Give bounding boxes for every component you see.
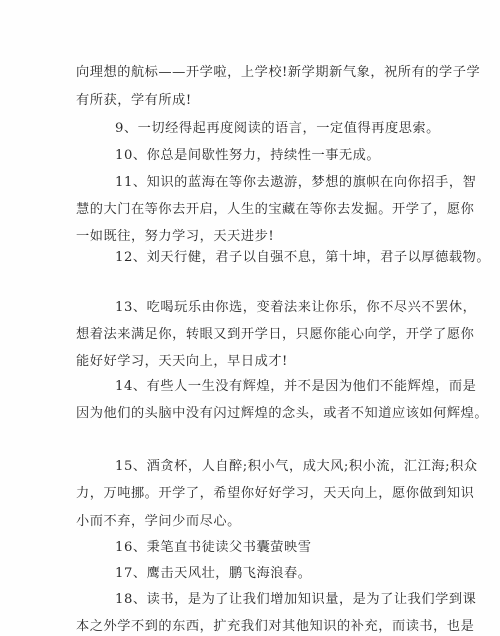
list-item-12: 12、刘天行健，君子以自强不息，第十坤，君子以厚德载物。 <box>115 249 426 267</box>
document-page: 向理想的航标——开学啦，上学校!新学期新气象，祝所有的学子学 有所获，学有所成!… <box>0 0 500 636</box>
list-item-10: 10、你总是间歇性努力，持续性一事无成。 <box>115 147 426 165</box>
list-item-11: 11、知识的蓝海在等你去遨游，梦想的旗帜在向你招手，智 <box>115 174 426 192</box>
list-item-9: 9、一切经得起再度阅读的语言，一定值得再度思索。 <box>115 120 426 138</box>
text-line: 慧的大门在等你去开启，人生的宝藏在等你去发掘。开学了，愿你 <box>76 201 426 219</box>
text-line: 本之外学不到的东西，扩充我们对其他知识的补充，而读书，也是 <box>76 618 426 636</box>
text-line: 力，万吨挪。开学了，希望你好好学习，天天向上，愿你做到知识 <box>76 485 426 503</box>
text-line: 有所获，学有所成! <box>76 92 426 110</box>
list-item-13: 13、吃喝玩乐由你选，变着法来让你乐，你不尽兴不罢休， <box>115 299 426 317</box>
list-item-14: 14、有些人一生没有辉煌，并不是因为他们不能辉煌，而是 <box>115 378 426 396</box>
text-line: 因为他们的头脑中没有闪过辉煌的念头，或者不知道应该如何辉煌。 <box>76 405 426 423</box>
text-line: 小而不弃，学问少而尽心。 <box>76 513 426 531</box>
list-item-15: 15、酒贪杯，人自醉;积小气，成大风;积小流，汇江海;积众 <box>115 458 426 476</box>
list-item-16: 16、秉笔直书徒读父书囊萤映雪 <box>115 539 426 557</box>
list-item-18: 18、读书，是为了让我们增加知识量，是为了让我们学到课 <box>115 591 426 609</box>
text-line: 能好好学习，天天向上，早日成才! <box>76 353 426 371</box>
text-line: 一如既往，努力学习，天天进步! <box>76 228 426 246</box>
list-item-17: 17、鹰击天风壮，鹏飞海浪春。 <box>115 565 426 583</box>
text-line: 向理想的航标——开学啦，上学校!新学期新气象，祝所有的学子学 <box>76 64 426 82</box>
text-line: 想着法来满足你，转眼又到开学日，只愿你能心向学，开学了愿你 <box>76 326 426 344</box>
